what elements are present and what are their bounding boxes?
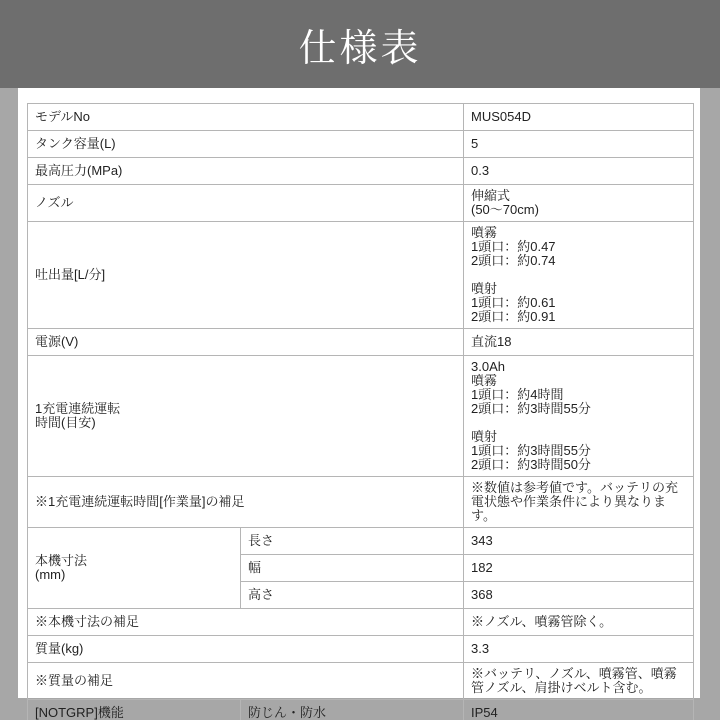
spec-label: 最高圧力(MPa) — [28, 158, 464, 185]
spec-value: 182 — [464, 555, 694, 582]
spec-label: ※質量の補足 — [28, 663, 464, 700]
spec-sublabel: 幅 — [241, 555, 464, 582]
spec-row-dimensions-length: 本機寸法 (mm) 長さ 343 — [28, 528, 694, 555]
spec-value: ※ノズル、噴霧管除く。 — [464, 609, 694, 636]
spec-label: ※1充電連続運転時間[作業量]の補足 — [28, 477, 464, 528]
spec-value: MUS054D — [464, 104, 694, 131]
spec-sublabel: 長さ — [241, 528, 464, 555]
spec-sublabel: 高さ — [241, 582, 464, 609]
spec-value: 3.3 — [464, 636, 694, 663]
spec-label: [NOTGRP]機能 — [28, 700, 241, 720]
header-bar: 仕様表 — [0, 0, 720, 88]
spec-row-runtime-note: ※1充電連続運転時間[作業量]の補足 ※数値は参考値です。バッテリの充電状態や作… — [28, 477, 694, 528]
spec-label: ノズル — [28, 185, 464, 222]
spec-row-dimensions-note: ※本機寸法の補足 ※ノズル、噴霧管除く。 — [28, 609, 694, 636]
spec-table: モデルNo MUS054D タンク容量(L) 5 最高圧力(MPa) 0.3 ノ… — [27, 103, 694, 720]
spec-label: モデルNo — [28, 104, 464, 131]
spec-row-tank-capacity: タンク容量(L) 5 — [28, 131, 694, 158]
spec-row-model: モデルNo MUS054D — [28, 104, 694, 131]
spec-row-discharge: 吐出量[L/分] 噴霧 1頭口：約0.47 2頭口：約0.74 噴射 1頭口：約… — [28, 222, 694, 329]
spec-label: 吐出量[L/分] — [28, 222, 464, 329]
spec-value: 343 — [464, 528, 694, 555]
spec-value: IP54 — [464, 700, 694, 720]
spec-value: 0.3 — [464, 158, 694, 185]
spec-label: 1充電連続運転 時間(目安) — [28, 356, 464, 477]
spec-value: 噴霧 1頭口：約0.47 2頭口：約0.74 噴射 1頭口：約0.61 2頭口：… — [464, 222, 694, 329]
spec-value: 368 — [464, 582, 694, 609]
page: 仕様表 モデルNo MUS054D タンク容量(L) 5 最高圧力(MPa) 0… — [0, 0, 720, 720]
spec-value: ※数値は参考値です。バッテリの充電状態や作業条件により異なります。 — [464, 477, 694, 528]
spec-value: 3.0Ah 噴霧 1頭口：約4時間 2頭口：約3時間55分 噴射 1頭口：約3時… — [464, 356, 694, 477]
spec-row-runtime: 1充電連続運転 時間(目安) 3.0Ah 噴霧 1頭口：約4時間 2頭口：約3時… — [28, 356, 694, 477]
spec-sublabel: 防じん・防水 — [241, 700, 464, 720]
spec-row-power: 電源(V) 直流18 — [28, 329, 694, 356]
page-title: 仕様表 — [298, 17, 421, 72]
spec-value: 5 — [464, 131, 694, 158]
spec-value: 伸縮式 (50～70cm) — [464, 185, 694, 222]
spec-row-weight: 質量(kg) 3.3 — [28, 636, 694, 663]
spec-label: 質量(kg) — [28, 636, 464, 663]
spec-label: タンク容量(L) — [28, 131, 464, 158]
spec-value: ※バッテリ、ノズル、噴霧管、噴霧管ノズル、肩掛けベルト含む。 — [464, 663, 694, 700]
spec-row-function: [NOTGRP]機能 防じん・防水 IP54 — [28, 700, 694, 720]
spec-row-nozzle: ノズル 伸縮式 (50～70cm) — [28, 185, 694, 222]
spec-label: 本機寸法 (mm) — [28, 528, 241, 609]
spec-panel: モデルNo MUS054D タンク容量(L) 5 最高圧力(MPa) 0.3 ノ… — [18, 88, 700, 698]
spec-row-weight-note: ※質量の補足 ※バッテリ、ノズル、噴霧管、噴霧管ノズル、肩掛けベルト含む。 — [28, 663, 694, 700]
spec-label: ※本機寸法の補足 — [28, 609, 464, 636]
spec-value: 直流18 — [464, 329, 694, 356]
spec-row-max-pressure: 最高圧力(MPa) 0.3 — [28, 158, 694, 185]
spec-label: 電源(V) — [28, 329, 464, 356]
